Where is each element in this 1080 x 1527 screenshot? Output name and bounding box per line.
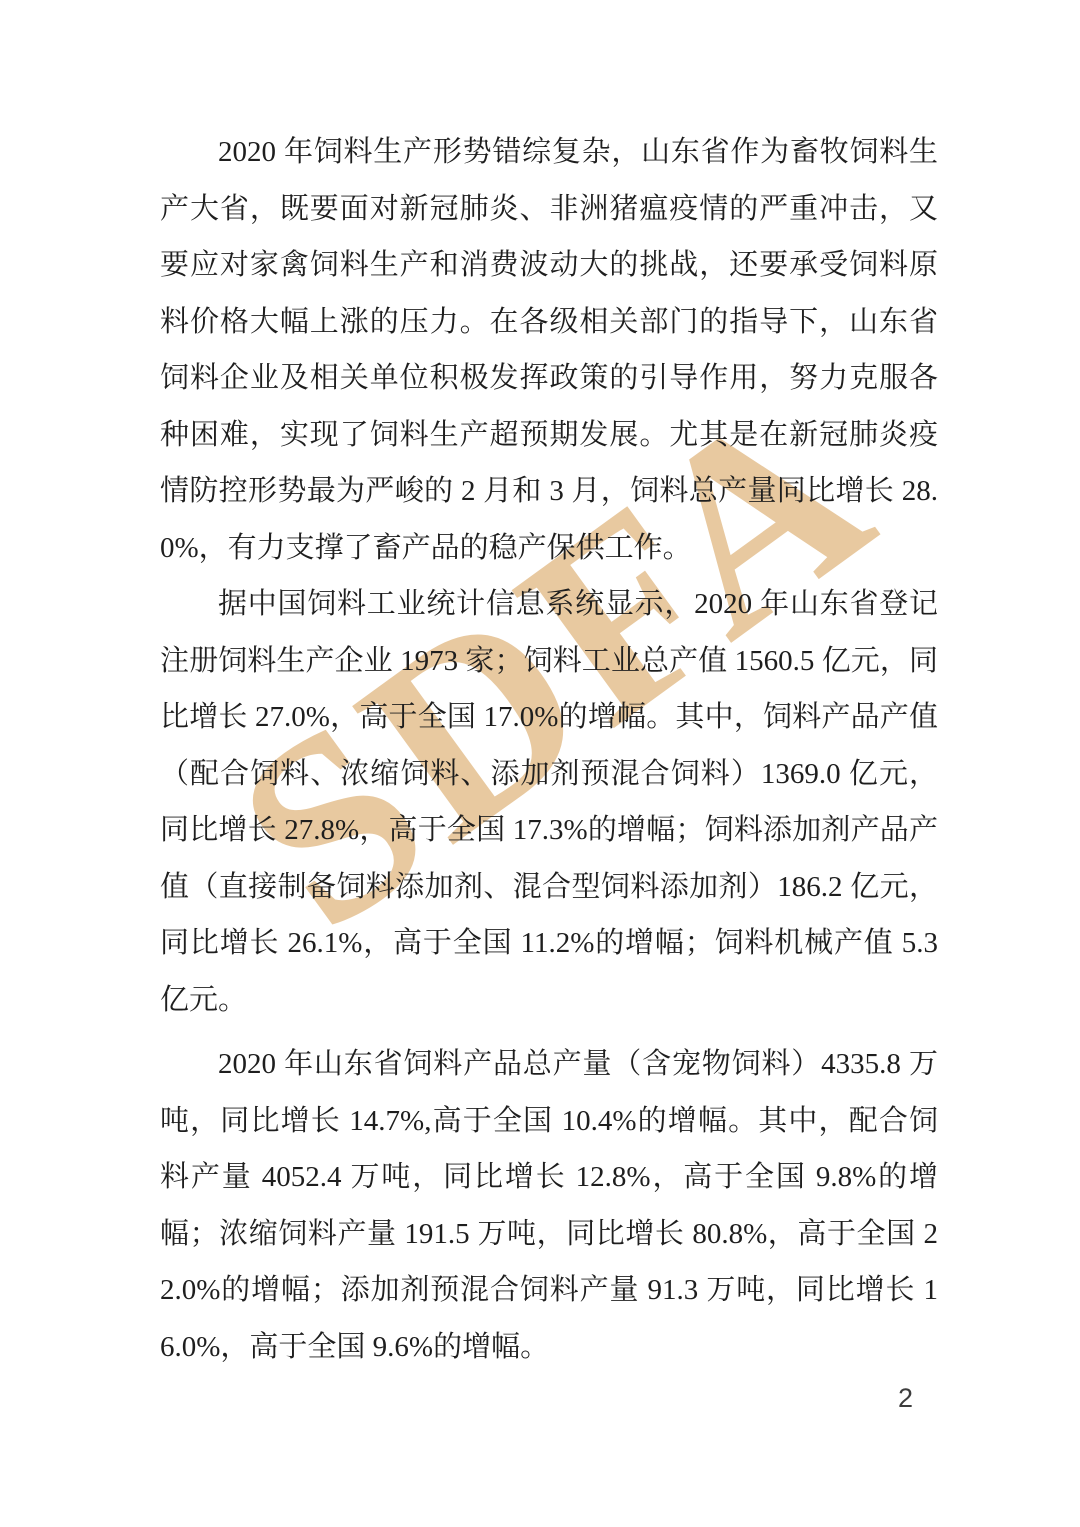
paragraph-feed-production-overview: 2020 年饲料生产形势错综复杂，山东省作为畜牧饲料生产大省，既要面对新冠肺炎、… bbox=[160, 124, 938, 576]
page-number: 2 bbox=[898, 1383, 913, 1414]
paragraph-feed-product-volume: 2020 年山东省饲料产品总产量（含宠物饲料）4335.8 万吨，同比增长 14… bbox=[160, 1036, 938, 1375]
paragraph-industry-output-value: 据中国饲料工业统计信息系统显示，2020 年山东省登记注册饲料生产企业 1973… bbox=[160, 576, 938, 1028]
document-page: SDFA 2020 年饲料生产形势错综复杂，山东省作为畜牧饲料生产大省，既要面对… bbox=[0, 0, 1080, 1527]
document-body: 2020 年饲料生产形势错综复杂，山东省作为畜牧饲料生产大省，既要面对新冠肺炎、… bbox=[160, 124, 938, 1375]
